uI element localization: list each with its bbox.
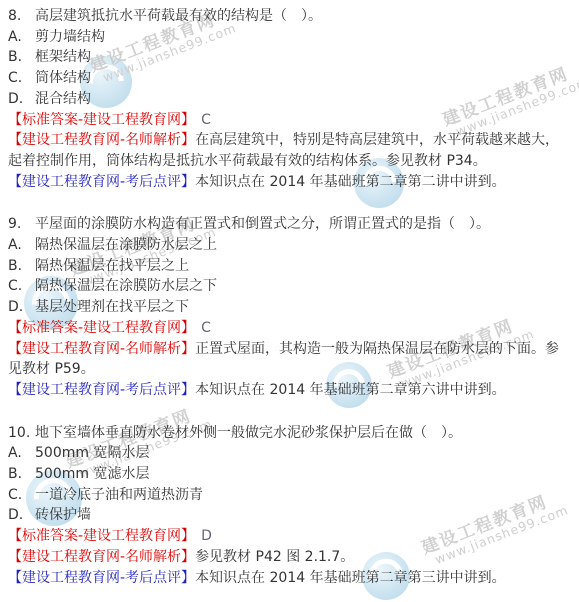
review-label: 【建设工程教育网-考后点评】 [8, 382, 195, 398]
option-row: C.隔热保温层在涂膜防水层之下 [8, 276, 570, 297]
review-line: 【建设工程教育网-考后点评】本知识点在 2014 年基础班第二章第三讲中讲到。 [8, 568, 570, 589]
option-row: D.砖保护墙 [8, 505, 570, 526]
answer-letter: C [201, 112, 211, 128]
review-line: 【建设工程教育网-考后点评】本知识点在 2014 年基础班第二章第六讲中讲到。 [8, 380, 570, 401]
option-row: B.框架结构 [8, 47, 570, 68]
question-number: 10. [8, 423, 35, 444]
question-stem: 10.地下室墙体垂直防水卷材外侧一般做完水泥砂浆保护层后在做（ ）。 [8, 423, 570, 444]
option-row: C.一道冷底子油和两道热沥青 [8, 485, 570, 506]
option-text: 隔热保温层在涂膜防水层之下 [35, 278, 217, 294]
option-row: A.500mm 宽隔水层 [8, 443, 570, 464]
option-row: A.隔热保温层在涂膜防水层之上 [8, 235, 570, 256]
review-text: 本知识点在 2014 年基础班第二章第三讲中讲到。 [195, 570, 506, 586]
analysis-line: 【建设工程教育网-名师解析】在高层建筑中，特别是特高层建筑中，水平荷载越来越大，… [8, 130, 570, 171]
option-row: D.基层处理剂在找平层之下 [8, 297, 570, 318]
option-row: D.混合结构 [8, 89, 570, 110]
option-letter: B. [8, 47, 35, 68]
standard-answer-line: 【标准答案-建设工程教育网】C [8, 318, 570, 339]
option-text: 500mm 宽隔水层 [35, 445, 149, 461]
standard-answer-label: 【标准答案-建设工程教育网】 [8, 112, 195, 128]
question-stem-text: 地下室墙体垂直防水卷材外侧一般做完水泥砂浆保护层后在做（ ）。 [35, 425, 462, 441]
analysis-label: 【建设工程教育网-名师解析】 [8, 132, 195, 148]
standard-answer-label: 【标准答案-建设工程教育网】 [8, 320, 195, 336]
option-letter: C. [8, 276, 35, 297]
review-text: 本知识点在 2014 年基础班第二章第六讲中讲到。 [195, 382, 506, 398]
option-text: 剪力墙结构 [35, 29, 105, 45]
exam-page: 建设工程教育网 www.jianshe99.com 建设工程教育网 www.ji… [0, 0, 579, 602]
option-letter: D. [8, 89, 35, 110]
option-letter: A. [8, 443, 35, 464]
option-text: 基层处理剂在找平层之下 [35, 299, 189, 315]
question-stem: 8.高层建筑抵抗水平荷载最有效的结构是（ ）。 [8, 6, 570, 27]
question-stem-text: 高层建筑抵抗水平荷载最有效的结构是（ ）。 [35, 8, 322, 24]
analysis-text: 参见教材 P42 图 2.1.7。 [195, 549, 354, 565]
review-label: 【建设工程教育网-考后点评】 [8, 174, 195, 190]
option-letter: B. [8, 464, 35, 485]
option-row: A.剪力墙结构 [8, 27, 570, 48]
standard-answer-line: 【标准答案-建设工程教育网】C [8, 110, 570, 131]
option-text: 一道冷底子油和两道热沥青 [35, 487, 203, 503]
option-row: C.筒体结构 [8, 68, 570, 89]
review-line: 【建设工程教育网-考后点评】本知识点在 2014 年基础班第二章第二讲中讲到。 [8, 172, 570, 193]
option-letter: D. [8, 297, 35, 318]
question-stem-text: 平屋面的涂膜防水构造有正置式和倒置式之分，所谓正置式的是指（ ）。 [35, 216, 490, 232]
option-text: 筒体结构 [35, 70, 91, 86]
review-label: 【建设工程教育网-考后点评】 [8, 570, 195, 586]
option-row: B.隔热保温层在找平层之上 [8, 256, 570, 277]
option-text: 500mm 宽滤水层 [35, 466, 149, 482]
analysis-line: 【建设工程教育网-名师解析】正置式屋面，其构造一般为隔热保温层在防水层的下面。参… [8, 339, 570, 380]
question-stem: 9.平屋面的涂膜防水构造有正置式和倒置式之分，所谓正置式的是指（ ）。 [8, 214, 570, 235]
question-block-10: 10.地下室墙体垂直防水卷材外侧一般做完水泥砂浆保护层后在做（ ）。 A.500… [8, 423, 570, 589]
analysis-line: 【建设工程教育网-名师解析】参见教材 P42 图 2.1.7。 [8, 547, 570, 568]
option-letter: B. [8, 256, 35, 277]
option-text: 砖保护墙 [35, 507, 91, 523]
question-block-9: 9.平屋面的涂膜防水构造有正置式和倒置式之分，所谓正置式的是指（ ）。 A.隔热… [8, 214, 570, 400]
question-block-8: 8.高层建筑抵抗水平荷载最有效的结构是（ ）。 A.剪力墙结构 B.框架结构 C… [8, 6, 570, 192]
review-text: 本知识点在 2014 年基础班第二章第二讲中讲到。 [195, 174, 506, 190]
exam-content: 8.高层建筑抵抗水平荷载最有效的结构是（ ）。 A.剪力墙结构 B.框架结构 C… [0, 0, 579, 588]
option-letter: D. [8, 505, 35, 526]
question-number: 9. [8, 214, 35, 235]
option-letter: A. [8, 27, 35, 48]
option-text: 混合结构 [35, 91, 91, 107]
option-row: B.500mm 宽滤水层 [8, 464, 570, 485]
standard-answer-label: 【标准答案-建设工程教育网】 [8, 528, 195, 544]
answer-letter: D [201, 528, 212, 544]
option-letter: A. [8, 235, 35, 256]
answer-letter: C [201, 320, 211, 336]
option-text: 隔热保温层在涂膜防水层之上 [35, 237, 217, 253]
analysis-label: 【建设工程教育网-名师解析】 [8, 341, 195, 357]
option-letter: C. [8, 485, 35, 506]
option-text: 隔热保温层在找平层之上 [35, 258, 189, 274]
standard-answer-line: 【标准答案-建设工程教育网】D [8, 526, 570, 547]
option-text: 框架结构 [35, 49, 91, 65]
question-number: 8. [8, 6, 35, 27]
option-letter: C. [8, 68, 35, 89]
analysis-label: 【建设工程教育网-名师解析】 [8, 549, 195, 565]
